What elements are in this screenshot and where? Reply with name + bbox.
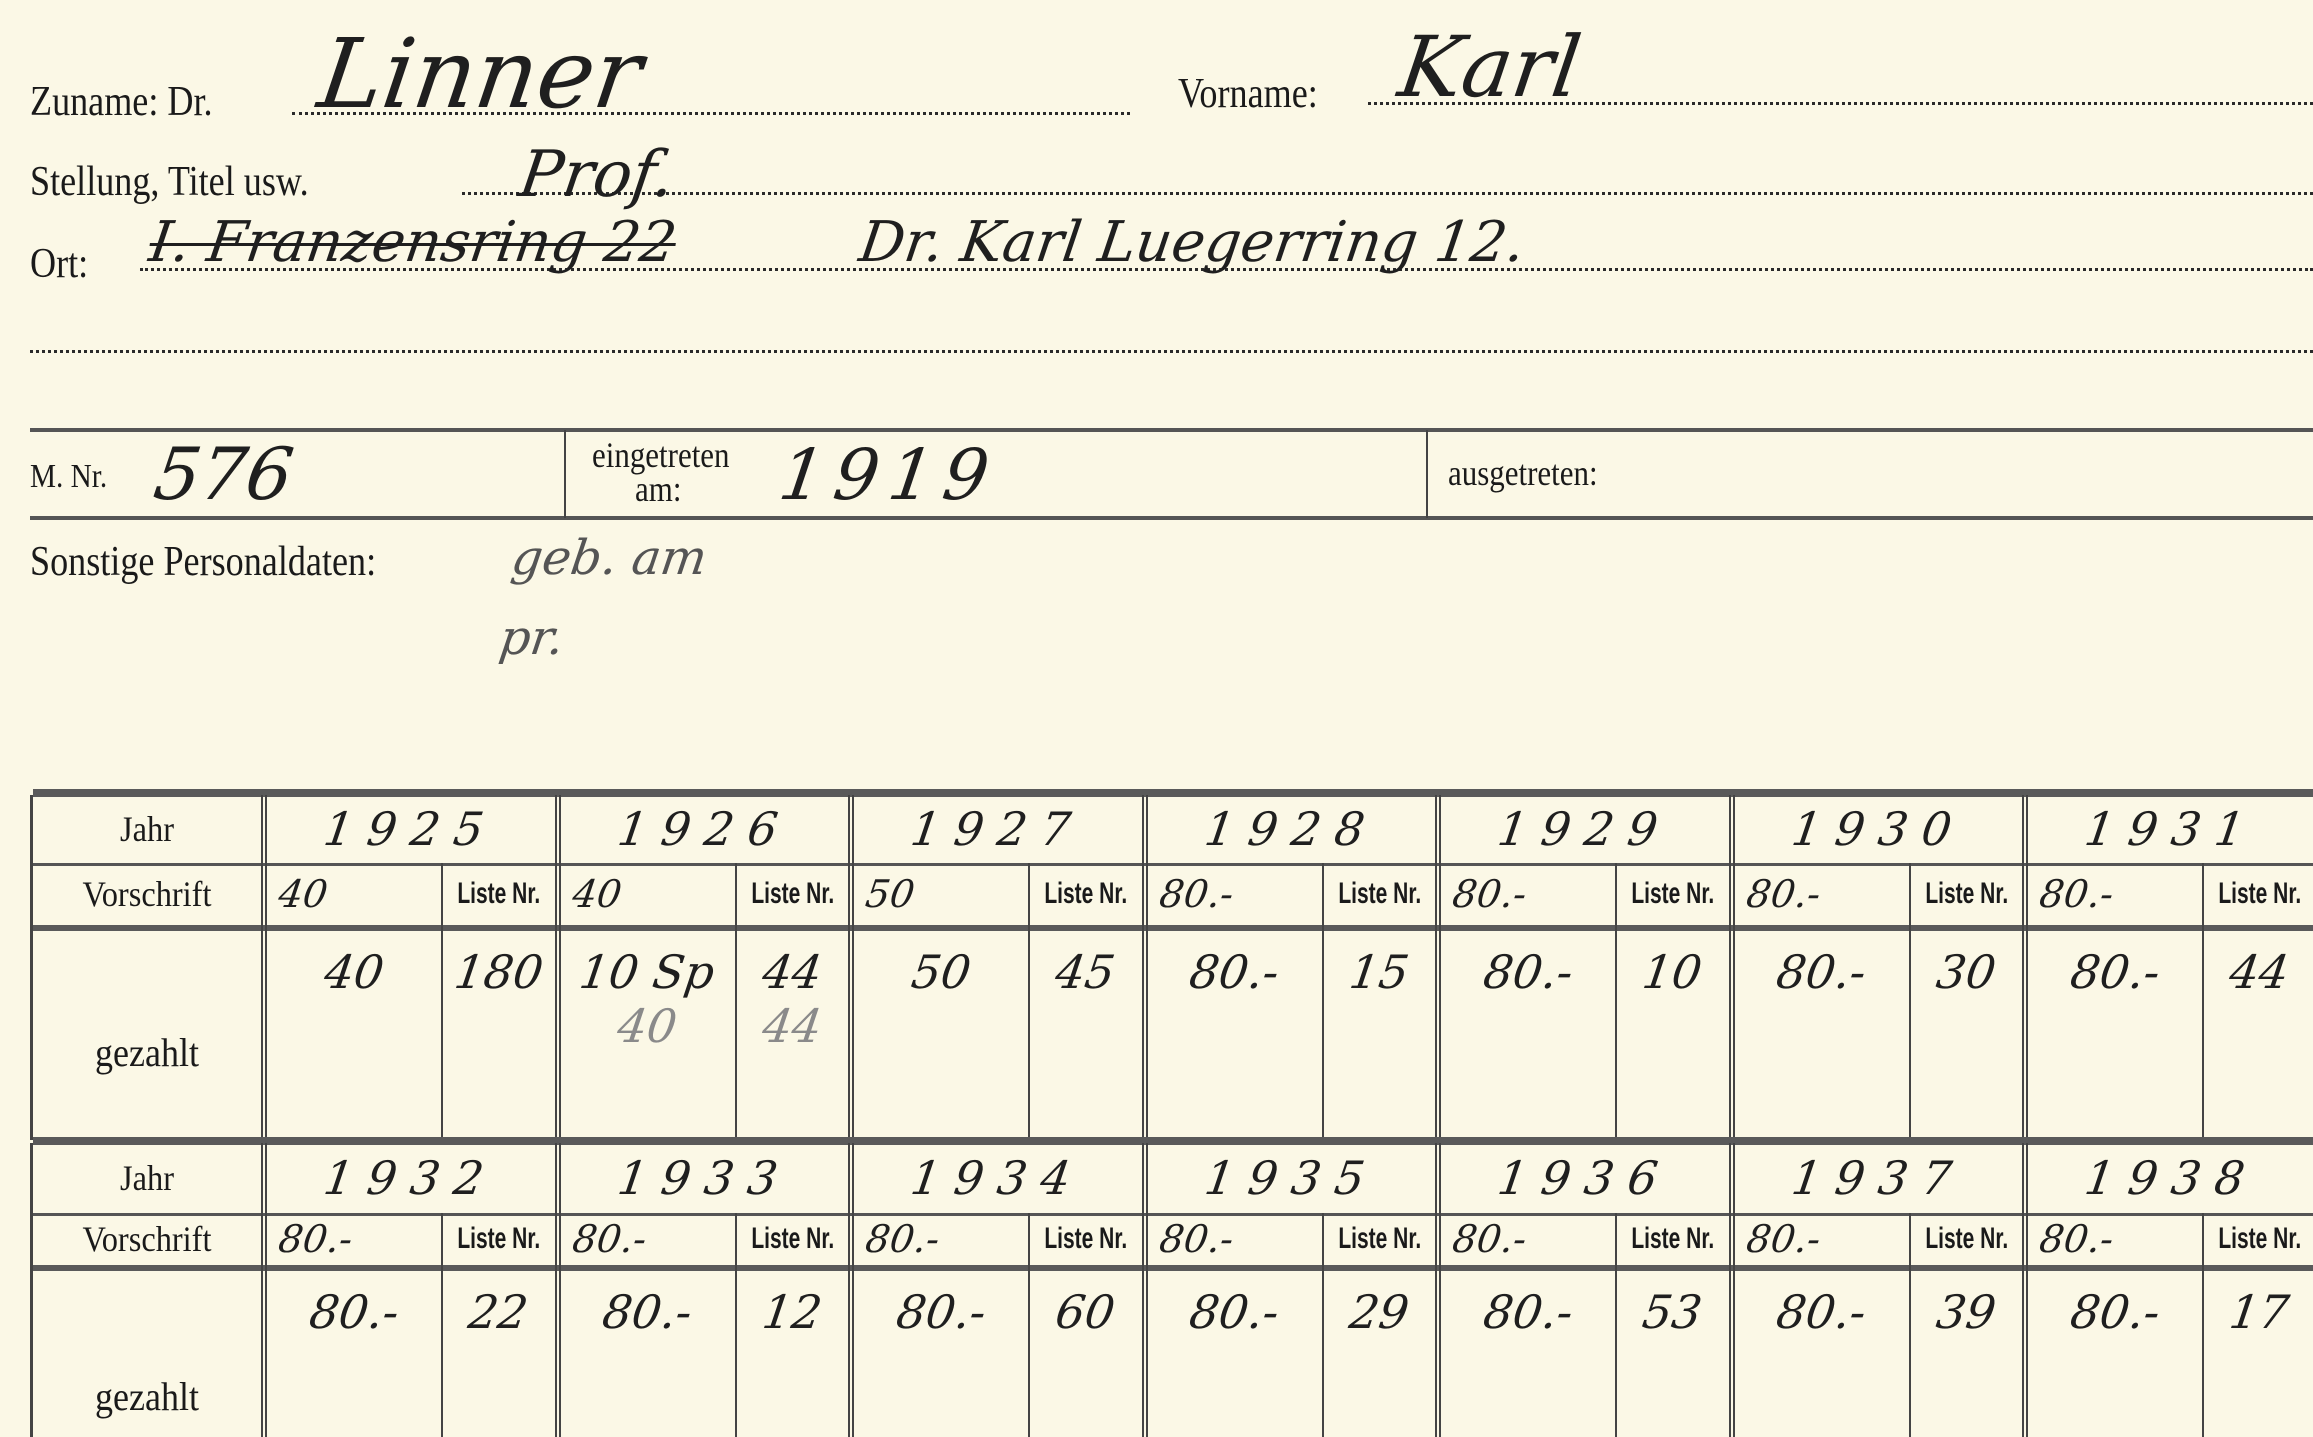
eingetreten-label: eingetreten am:: [592, 438, 730, 506]
liste-nr-cell[interactable]: 17: [2204, 1265, 2313, 1437]
gezahlt-value: 80.-: [1480, 1285, 1576, 1339]
gezahlt-cell[interactable]: 80.-: [1441, 925, 1615, 1140]
liste-nr-header: Liste Nr.: [1927, 1213, 2005, 1265]
vorname-value[interactable]: Karl: [1393, 18, 1587, 116]
gezahlt-cell[interactable]: 10 Sp40: [561, 925, 735, 1140]
liste-nr-header: Liste Nr.: [1340, 863, 1418, 925]
liste-nr-value: 30: [1933, 945, 1999, 999]
vorschrift-cell[interactable]: 80.-: [1730, 863, 1913, 925]
stellung-label: Stellung, Titel usw.: [30, 158, 309, 206]
liste-nr-header: Liste Nr.: [1340, 1213, 1418, 1265]
liste-nr-header: Liste Nr.: [753, 1213, 831, 1265]
vorschrift-cell[interactable]: 80.-: [2024, 863, 2207, 925]
gezahlt-value: 80.-: [2067, 1285, 2163, 1339]
liste-nr-cell[interactable]: 53: [1617, 1265, 1729, 1437]
year-cell[interactable]: 1933: [556, 1143, 853, 1213]
sonstige-label: Sonstige Personaldaten:: [30, 538, 376, 586]
gezahlt-value: 80.-: [893, 1285, 989, 1339]
vorschrift-cell[interactable]: 40: [556, 863, 739, 925]
eintritt-divider: [1426, 430, 1428, 518]
ort-label: Ort:: [30, 240, 88, 288]
year-cell[interactable]: 1930: [1730, 795, 2027, 863]
row-label-vorschrift: Vorschrift: [44, 863, 249, 925]
liste-nr-value: 53: [1640, 1285, 1706, 1339]
liste-nr-cell[interactable]: 29: [1324, 1265, 1436, 1437]
mnr-bottom-rule: [30, 516, 2313, 520]
liste-nr-header: Liste Nr.: [1047, 863, 1125, 925]
liste-nr-value: 44: [759, 945, 825, 999]
gezahlt-value: 80.-: [1773, 945, 1869, 999]
liste-nr-value: 45: [1053, 945, 1119, 999]
sonstige-value-1[interactable]: geb. am: [508, 530, 710, 586]
gezahlt-value: 80.-: [1186, 945, 1282, 999]
year-cell[interactable]: 1926: [556, 795, 853, 863]
year-cell[interactable]: 1937: [1730, 1143, 2027, 1213]
zuname-value[interactable]: Linner: [312, 18, 649, 130]
year-cell[interactable]: 1927: [849, 795, 1146, 863]
vorschrift-cell[interactable]: 80.-: [1144, 1213, 1325, 1265]
liste-nr-value: 10: [1640, 945, 1706, 999]
liste-nr-value: 60: [1053, 1285, 1119, 1339]
gezahlt-cell[interactable]: 80.-: [1735, 925, 1909, 1140]
gezahlt-cell[interactable]: 80.-: [2028, 1265, 2202, 1437]
gezahlt-value: 80.-: [2067, 945, 2163, 999]
stellung-value[interactable]: Prof.: [515, 138, 679, 212]
liste-nr-header: Liste Nr.: [1927, 863, 2005, 925]
eingetreten-value[interactable]: 1919: [774, 434, 1004, 516]
liste-nr-header: Liste Nr.: [753, 863, 831, 925]
gezahlt-cell[interactable]: 80.-: [854, 1265, 1028, 1437]
liste-nr-header: Liste Nr.: [460, 1213, 538, 1265]
ausgetreten-label: ausgetreten:: [1448, 452, 1598, 494]
year-cell[interactable]: 1925: [262, 795, 559, 863]
stellung-line: [462, 192, 2313, 195]
table-block: JahrVorschriftgezahlt193280.-Liste Nr.80…: [30, 1143, 2313, 1437]
zuname-label: Zuname: Dr.: [30, 78, 213, 126]
liste-nr-cell[interactable]: 180: [443, 925, 555, 1140]
liste-nr-value: 15: [1346, 945, 1412, 999]
mnr-label: M. Nr.: [30, 458, 107, 496]
mnr-divider: [564, 430, 566, 518]
liste-nr-header: Liste Nr.: [2221, 1213, 2299, 1265]
vorschrift-cell[interactable]: 80.-: [1437, 863, 1620, 925]
liste-nr-value: 22: [466, 1285, 532, 1339]
liste-nr-value: 17: [2227, 1285, 2293, 1339]
table-block: JahrVorschriftgezahlt192540Liste Nr.4018…: [30, 795, 2313, 1140]
liste-nr-value: 29: [1346, 1285, 1412, 1339]
liste-nr-value: 39: [1933, 1285, 1999, 1339]
gezahlt-value: 80.-: [1773, 1285, 1869, 1339]
gezahlt-cell[interactable]: 50: [854, 925, 1028, 1140]
liste-nr-header: Liste Nr.: [1634, 1213, 1712, 1265]
row-label-jahr: Jahr: [44, 795, 249, 863]
vorschrift-cell[interactable]: 80.-: [263, 1213, 444, 1265]
gezahlt-value: 80.-: [306, 1285, 402, 1339]
gezahlt-value: 50: [908, 945, 974, 999]
ort-value[interactable]: Dr. Karl Luegerring 12.: [855, 210, 1529, 275]
liste-nr-cell[interactable]: 39: [1911, 1265, 2023, 1437]
gezahlt-value: 10 Sp: [577, 945, 719, 999]
vorschrift-cell[interactable]: 80.-: [1731, 1213, 1912, 1265]
liste-nr-cell[interactable]: 60: [1030, 1265, 1142, 1437]
liste-nr-header: Liste Nr.: [1634, 863, 1712, 925]
extra-line: [30, 350, 2313, 353]
liste-nr-cell[interactable]: 45: [1030, 925, 1142, 1140]
liste-nr-header: Liste Nr.: [460, 863, 538, 925]
mnr-value[interactable]: 576: [149, 432, 298, 516]
liste-nr-value: 12: [759, 1285, 825, 1339]
row-label-jahr: Jahr: [44, 1143, 249, 1213]
gezahlt-cell[interactable]: 80.-: [1148, 925, 1322, 1140]
vorschrift-cell[interactable]: 80.-: [557, 1213, 738, 1265]
gezahlt-cell[interactable]: 80.-: [1441, 1265, 1615, 1437]
vorschrift-cell[interactable]: 80.-: [850, 1213, 1031, 1265]
gezahlt-cell[interactable]: 80.-: [1148, 1265, 1322, 1437]
gezahlt-value: 80.-: [1480, 945, 1576, 999]
gezahlt-cell[interactable]: 80.-: [2028, 925, 2202, 1140]
year-cell[interactable]: 1935: [1143, 1143, 1440, 1213]
year-cell[interactable]: 1936: [1436, 1143, 1733, 1213]
year-cell[interactable]: 1938: [2023, 1143, 2313, 1213]
vorschrift-cell[interactable]: 50: [850, 863, 1033, 925]
vorschrift-cell[interactable]: 40: [263, 863, 446, 925]
vorschrift-cell[interactable]: 80.-: [1437, 1213, 1618, 1265]
liste-nr-cell[interactable]: 15: [1324, 925, 1436, 1140]
liste-nr-cell[interactable]: 4444: [737, 925, 849, 1140]
liste-nr-cell[interactable]: 44: [2204, 925, 2313, 1140]
year-cell[interactable]: 1931: [2023, 795, 2313, 863]
liste-nr-cell[interactable]: 22: [443, 1265, 555, 1437]
gezahlt-value-2: 40: [614, 999, 680, 1053]
ort-struck-value: I. Franzensring 22: [145, 210, 680, 275]
gezahlt-value: 40: [321, 945, 387, 999]
gezahlt-value: 80.-: [1186, 1285, 1282, 1339]
gezahlt-cell[interactable]: 80.-: [561, 1265, 735, 1437]
liste-nr-header: Liste Nr.: [2221, 863, 2299, 925]
gezahlt-cell[interactable]: 80.-: [1735, 1265, 1909, 1437]
year-cell[interactable]: 1928: [1143, 795, 1440, 863]
row-label-vorschrift: Vorschrift: [44, 1213, 249, 1265]
mnr-top-rule: [30, 428, 2313, 432]
gezahlt-cell[interactable]: 40: [267, 925, 441, 1140]
row-label-gezahlt: gezahlt: [44, 1265, 249, 1437]
year-cell[interactable]: 1929: [1436, 795, 1733, 863]
liste-nr-cell[interactable]: 30: [1911, 925, 2023, 1140]
liste-nr-value: 44: [2227, 945, 2293, 999]
sonstige-value-2[interactable]: pr.: [496, 610, 568, 666]
liste-nr-cell[interactable]: 12: [737, 1265, 849, 1437]
liste-nr-value-2: 44: [759, 999, 825, 1053]
year-cell[interactable]: 1932: [262, 1143, 559, 1213]
vorschrift-cell[interactable]: 80.-: [1143, 863, 1326, 925]
liste-nr-value: 180: [451, 945, 546, 999]
gezahlt-cell[interactable]: 80.-: [267, 1265, 441, 1437]
gezahlt-value: 80.-: [599, 1285, 695, 1339]
vorname-label: Vorname:: [1178, 70, 1318, 118]
liste-nr-header: Liste Nr.: [1047, 1213, 1125, 1265]
row-label-gezahlt: gezahlt: [44, 925, 249, 1140]
liste-nr-cell[interactable]: 10: [1617, 925, 1729, 1140]
year-cell[interactable]: 1934: [849, 1143, 1146, 1213]
vorschrift-cell[interactable]: 80.-: [2024, 1213, 2205, 1265]
